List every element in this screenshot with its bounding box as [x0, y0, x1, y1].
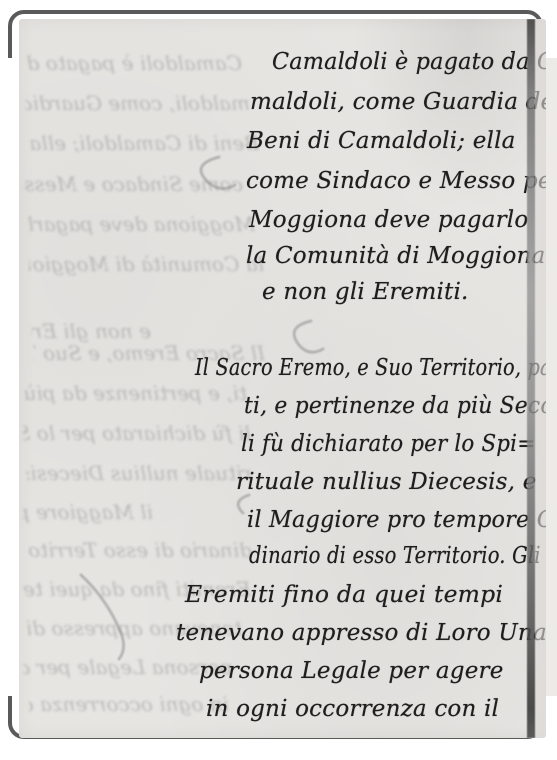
page-binding-edge — [527, 19, 535, 738]
page-edge-gap — [535, 19, 546, 738]
frame-mask-left — [0, 58, 17, 696]
manuscript-line: dinario di esso Territorio. Gli — [249, 543, 541, 569]
bleed-through-line: e non gli Eremiti. — [31, 319, 151, 343]
manuscript-line: persona Legale per agere — [199, 658, 504, 684]
manuscript-line: Camaldoli è pagato da Ca= — [272, 49, 546, 75]
manuscript-line: e non gli Eremiti. — [262, 279, 469, 305]
bleed-through-line: in ogni occorrenza con il — [29, 692, 229, 716]
manuscript-line: Il Sacro Eremo, e Suo Territorio, par= — [195, 355, 546, 381]
manuscript-line: la Comunità di Moggiona, — [246, 243, 546, 269]
manuscript-page: Camaldoli è pagato da Ca= maldoli, come … — [19, 19, 546, 738]
manuscript-line: il Maggiore pro tempore Or= — [247, 507, 546, 533]
bleed-through-line: rituale nullius Diecesis, e — [27, 461, 252, 485]
bleed-through-line: Camaldoli è pagato da Ca= — [27, 51, 242, 75]
bleed-through-line: ti, e pertinenze da più Seco= — [25, 381, 247, 405]
manuscript-line: Moggiona deve pagarlo — [249, 207, 528, 233]
bleed-through-line: Moggiona deve pagarlo — [27, 212, 255, 236]
manuscript-line: tenevano appresso di Loro Una — [176, 620, 546, 646]
manuscript-line: in ogni occorrenza con il — [206, 696, 499, 722]
bleed-through-line: dinario di esso Territorio. Gli — [27, 538, 252, 562]
bleed-through-line: Beni di Camaldoli; ella — [29, 131, 259, 155]
bleed-through-line: come Sindaco e Messo per — [23, 172, 243, 196]
manuscript-line: come Sindaco e Messo per — [246, 168, 546, 194]
bleed-through-line: li fù dichiarato per lo Spi= — [23, 421, 251, 445]
manuscript-line: ti, e pertinenze da più Seco= — [244, 393, 546, 419]
bleed-through-line: maldoli, come Guardia de — [25, 91, 250, 115]
bleed-through-line: il Maggiore pro tempore Or= — [23, 500, 153, 524]
bleed-through-line: la Comunità di Moggiona, — [29, 252, 264, 276]
scan-viewport: Camaldoli è pagato da Ca= maldoli, come … — [0, 0, 557, 760]
manuscript-line: li fù dichiarato per lo Spi= — [241, 431, 535, 457]
manuscript-line: rituale nullius Diecesis, e — [236, 469, 537, 495]
manuscript-line: maldoli, come Guardia de — [250, 89, 546, 115]
manuscript-line: Beni di Camaldoli; ella — [247, 128, 516, 154]
manuscript-line: Eremiti fino da quei tempi — [185, 582, 503, 608]
